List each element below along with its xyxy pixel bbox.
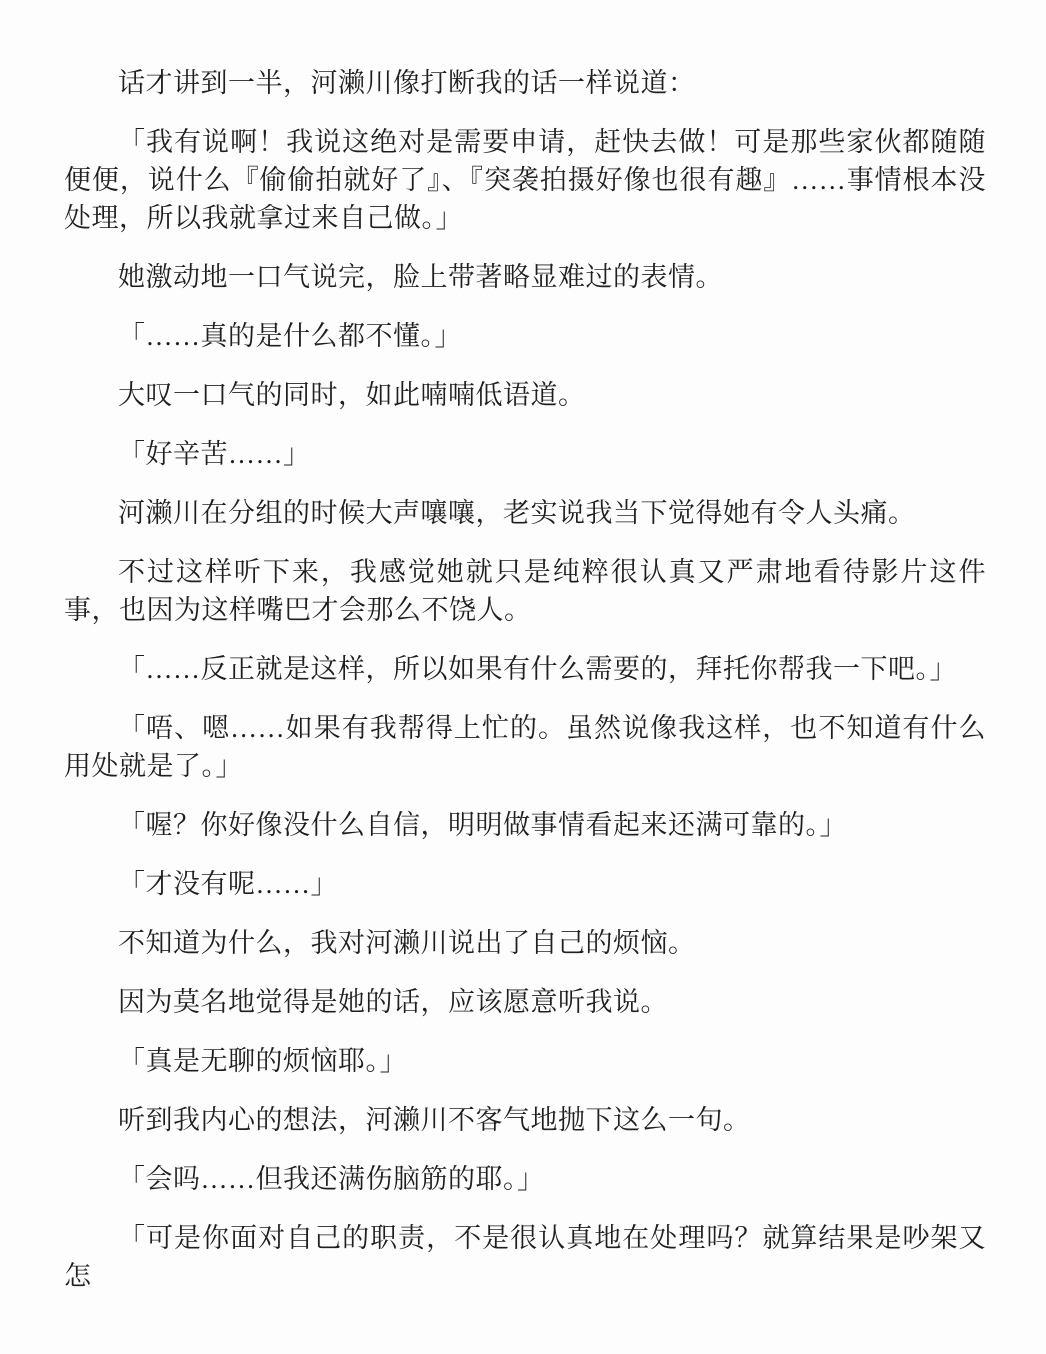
paragraph: 「喔？你好像没什么自信，明明做事情看起来还满可靠的。」 [64,806,986,844]
paragraph: 「会吗……但我还满伤脑筋的耶。」 [64,1160,986,1198]
paragraph: 「可是你面对自己的职责，不是很认真地在处理吗？就算结果是吵架又怎 [64,1219,986,1295]
paragraph: 她激动地一口气说完，脸上带著略显难过的表情。 [64,258,986,296]
paragraph: 「唔、嗯……如果有我帮得上忙的。虽然说像我这样，也不知道有什么用处就是了。」 [64,709,986,785]
paragraph: 「……反正就是这样，所以如果有什么需要的，拜托你帮我一下吧。」 [64,650,986,688]
paragraph: 不过这样听下来，我感觉她就只是纯粹很认真又严肃地看待影片这件事，也因为这样嘴巴才… [64,553,986,629]
ebook-page: 话才讲到一半，河濑川像打断我的话一样说道： 「我有说啊！我说这绝对是需要申请，赶… [0,0,1046,1354]
paragraph: 话才讲到一半，河濑川像打断我的话一样说道： [64,64,986,102]
paragraph: 听到我内心的想法，河濑川不客气地抛下这么一句。 [64,1101,986,1139]
paragraph: 「好辛苦……」 [64,435,986,473]
paragraph: 「……真的是什么都不懂。」 [64,317,986,355]
paragraph: 「真是无聊的烦恼耶。」 [64,1042,986,1080]
paragraph: 大叹一口气的同时，如此喃喃低语道。 [64,376,986,414]
paragraph: 不知道为什么，我对河濑川说出了自己的烦恼。 [64,924,986,962]
paragraph: 「我有说啊！我说这绝对是需要申请，赶快去做！可是那些家伙都随随便便，说什么『偷偷… [64,123,986,237]
paragraph: 「才没有呢……」 [64,865,986,903]
paragraph: 因为莫名地觉得是她的话，应该愿意听我说。 [64,983,986,1021]
paragraph: 河濑川在分组的时候大声嚷嚷，老实说我当下觉得她有令人头痛。 [64,494,986,532]
